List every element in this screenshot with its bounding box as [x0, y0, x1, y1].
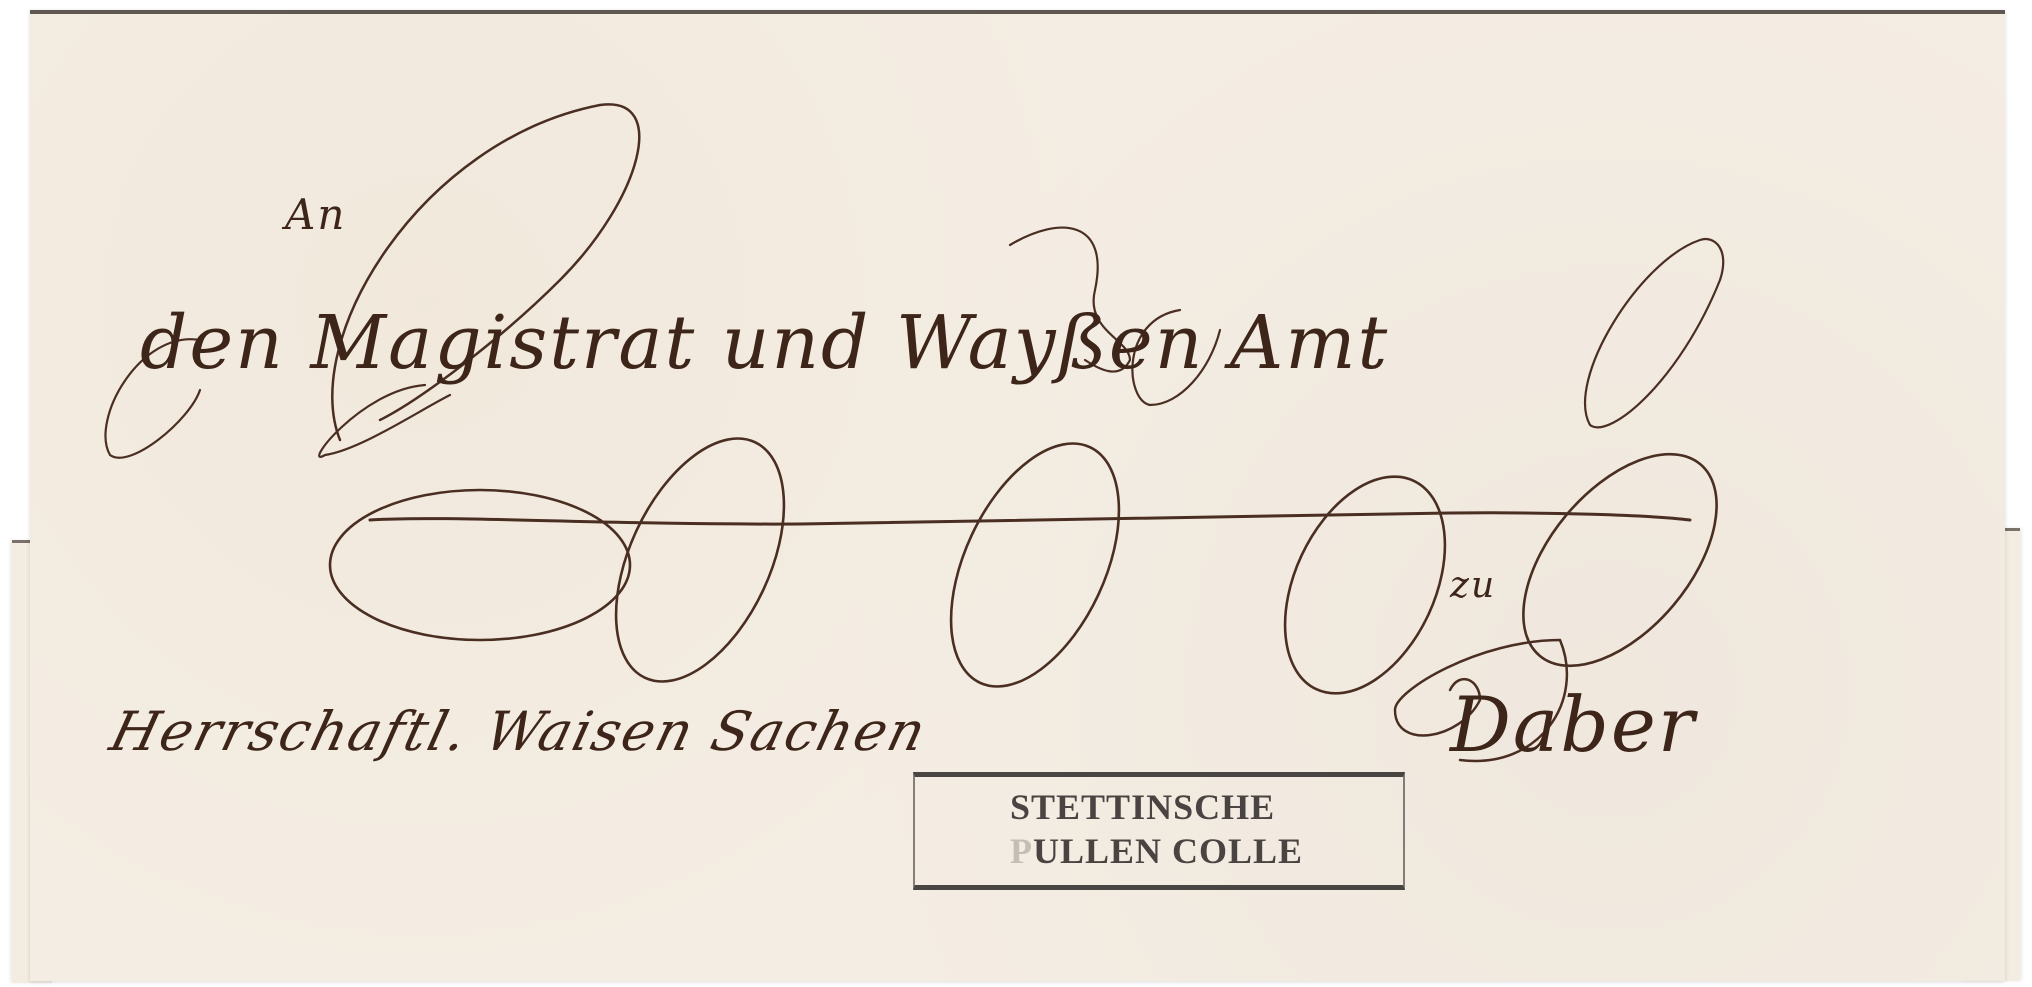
flourish-oval-3	[917, 418, 1154, 713]
flourish-amt-loop	[1585, 239, 1723, 427]
postmark-line-2-faint: P	[1010, 831, 1033, 871]
postmark-line-1-text: STETTINSCHE	[1010, 787, 1275, 827]
flourish-oval-2	[582, 413, 819, 708]
address-salutation: An	[285, 190, 346, 239]
flourish-an-loop	[332, 104, 639, 440]
postmark-line-1: STETTINSCHE	[915, 785, 1403, 829]
flourish-oval-4	[1253, 451, 1477, 719]
flourish-horizontal-line	[370, 513, 1690, 524]
address-place-name: Daber	[1450, 680, 1696, 769]
flourish-oval-5	[1486, 419, 1754, 701]
address-recipient-line: den Magistrat und Wayßen Amt	[140, 300, 1389, 386]
postmark-line-2-text: ULLEN COLLE	[1033, 831, 1303, 871]
flourish-oval-1	[330, 490, 630, 640]
boxed-postmark: STETTINSCHE PULLEN COLLE	[913, 772, 1405, 890]
address-preposition: zu	[1450, 565, 1496, 606]
flourish-magistrat-loop	[319, 385, 450, 457]
postmark-line-2: PULLEN COLLE	[915, 829, 1403, 873]
endorsement-note: Herrschaftl. Waisen Sachen	[104, 700, 933, 763]
